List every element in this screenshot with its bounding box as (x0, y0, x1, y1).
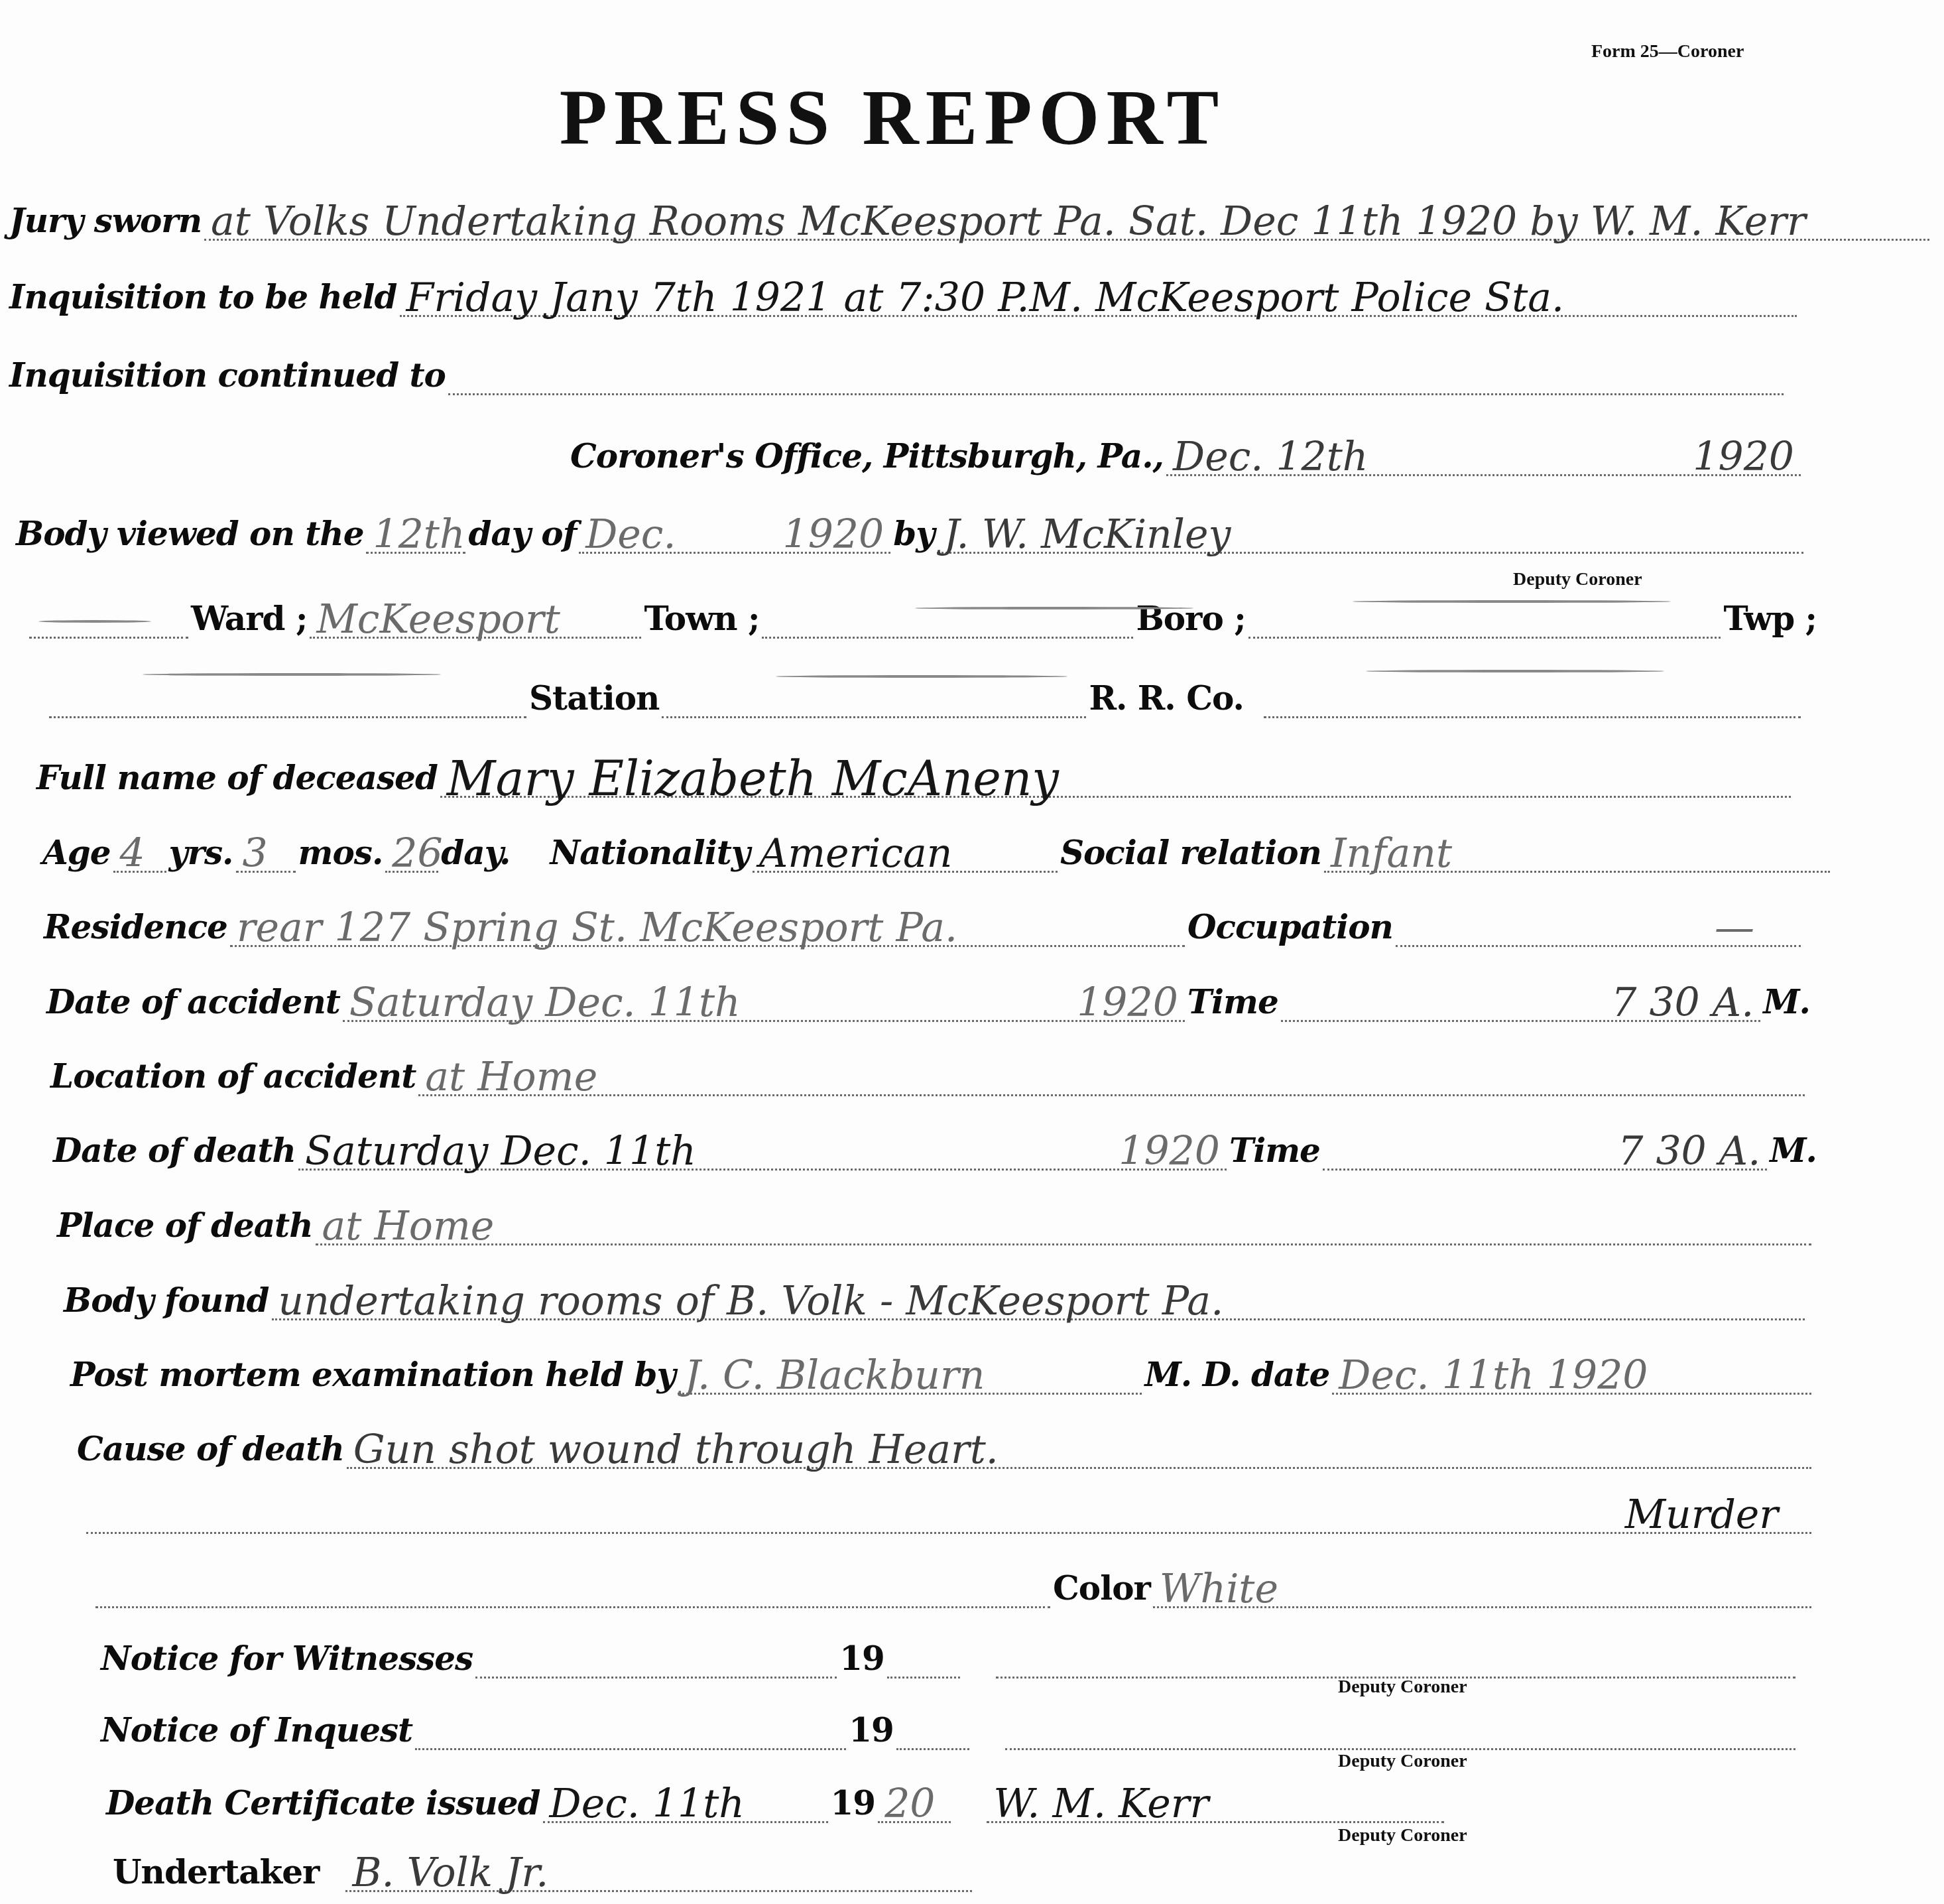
residence-label: Residence (44, 907, 227, 947)
body-found-value: undertaking rooms of B. Volk - McKeespor… (272, 1280, 1231, 1322)
date-of-accident-row: Date of accident Saturday Dec. 11th 1920… (46, 980, 1810, 1022)
day-of-label: day of (468, 514, 576, 554)
body-viewed-row: Body viewed on the 12th day of Dec. 1920… (16, 512, 1806, 554)
blank-dash (915, 607, 1193, 609)
place-of-death-row: Place of death at Home (57, 1204, 1814, 1245)
boro-label: Boro ; (1136, 599, 1245, 639)
notice-inquest-row: Notice of Inquest 19 (101, 1708, 1798, 1750)
inquisition-held-field[interactable]: Friday Jany 7th 1921 at 7:30 P.M. McKees… (400, 275, 1797, 317)
ward-value: McKeesport (310, 598, 566, 641)
post-mortem-date: Dec. 11th 1920 (1332, 1354, 1654, 1397)
notice-inquest-label: Notice of Inquest (101, 1710, 412, 1750)
ward-field[interactable]: McKeesport (310, 597, 641, 639)
color-label: Color (1053, 1568, 1150, 1608)
death-time-label: Time (1229, 1131, 1320, 1171)
coroner-office-label: Coroner's Office, Pittsburgh, Pa., (570, 436, 1164, 476)
body-found-row: Body found undertaking rooms of B. Volk … (64, 1279, 1807, 1320)
accident-time-field[interactable]: 7 30 A. (1281, 980, 1760, 1022)
cause-of-death-line2-row: Murder (84, 1492, 1814, 1534)
color-row: Color White (93, 1566, 1814, 1608)
death-certificate-signed-by: W. M. Kerr (987, 1783, 1215, 1825)
age-days-field[interactable]: 26 (385, 831, 438, 873)
location-of-accident-field[interactable]: at Home (418, 1054, 1805, 1096)
twp-label: Twp ; (1723, 599, 1817, 639)
jury-sworn-row: Jury sworn at Volks Undertaking Rooms Mc… (9, 199, 1932, 241)
date-of-accident-field[interactable]: Saturday Dec. 11th 1920 (343, 980, 1185, 1022)
yrs-label: yrs. (169, 833, 233, 873)
inquisition-held-row: Inquisition to be held Friday Jany 7th 1… (9, 275, 1799, 317)
death-certificate-label: Death Certificate issued (106, 1783, 540, 1823)
notice-witnesses-signature-field[interactable] (996, 1637, 1795, 1679)
residence-value: rear 127 Spring St. McKeesport Pa. (230, 907, 964, 949)
coroner-office-date: Dec. 12th (1166, 436, 1374, 478)
station-label: Station (529, 678, 659, 718)
page-title: PRESS REPORT (0, 73, 1864, 163)
body-found-label: Body found (64, 1281, 269, 1320)
press-report-form: Form 25—Coroner PRESS REPORT Jury sworn … (0, 0, 1944, 1904)
date-of-death-year: 1920 (1112, 1130, 1227, 1173)
location-of-accident-row: Location of accident at Home (50, 1054, 1807, 1096)
body-viewed-month-field[interactable]: Dec. 1920 (579, 512, 890, 554)
accident-time-label: Time (1187, 982, 1278, 1022)
death-certificate-signature-field[interactable]: W. M. Kerr (987, 1781, 1444, 1823)
rr-co-field[interactable] (1264, 676, 1801, 718)
notice-inquest-signature-field[interactable] (1005, 1708, 1795, 1750)
place-of-death-field[interactable]: at Home (316, 1204, 1811, 1245)
post-mortem-label: Post mortem examination held by (70, 1355, 675, 1395)
ward-prefix-field[interactable] (29, 597, 188, 639)
death-certificate-year-prefix: 19 (831, 1783, 876, 1823)
notice-inquest-year-prefix: 19 (849, 1710, 894, 1750)
death-certificate-row: Death Certificate issued Dec. 11th 19 20… (106, 1781, 1565, 1823)
full-name-field[interactable]: Mary Elizabeth McAneny (440, 756, 1791, 798)
body-viewed-year: 1920 (776, 513, 890, 556)
nationality-label: Nationality (550, 833, 749, 873)
body-found-field[interactable]: undertaking rooms of B. Volk - McKeespor… (272, 1279, 1805, 1320)
day-label: day. (441, 833, 510, 873)
post-mortem-row: Post mortem examination held by J. C. Bl… (70, 1353, 1814, 1395)
cause-of-death-value-line2: Murder (1618, 1493, 1785, 1536)
blank-dash (1366, 670, 1664, 672)
by-label: by (893, 514, 934, 554)
body-viewed-day-field[interactable]: 12th (366, 512, 465, 554)
coroner-office-year: 1920 (1686, 436, 1801, 478)
nationality-value: American (753, 832, 959, 875)
cause-of-death-field[interactable]: Gun shot wound through Heart. (347, 1427, 1811, 1469)
full-name-label: Full name of deceased (36, 758, 438, 798)
social-relation-field[interactable]: Infant (1324, 831, 1830, 873)
notice-witnesses-year-prefix: 19 (839, 1639, 884, 1679)
station-field[interactable] (662, 676, 1086, 718)
ward-label: Ward ; (191, 599, 307, 639)
md-date-label: M. D. date (1144, 1355, 1329, 1395)
residence-field[interactable]: rear 127 Spring St. McKeesport Pa. (230, 905, 1185, 947)
nationality-field[interactable]: American (753, 831, 1058, 873)
death-time-value: 7 30 A. (1611, 1130, 1767, 1173)
station-row: Station R. R. Co. (46, 676, 1803, 718)
location-of-accident-value: at Home (418, 1056, 604, 1098)
body-viewed-by-field[interactable]: J. W. McKinley (937, 512, 1803, 554)
notice-inquest-date-field[interactable] (415, 1708, 846, 1750)
age-months: 3 (236, 832, 274, 875)
coroner-office-date-field[interactable]: Dec. 12th 1920 (1166, 434, 1801, 476)
place-of-death-label: Place of death (57, 1206, 313, 1245)
occupation-label: Occupation (1187, 907, 1393, 947)
inquisition-continued-field[interactable] (448, 353, 1784, 395)
undertaker-label: Undertaker (113, 1852, 319, 1892)
notice-witnesses-label: Notice for Witnesses (101, 1639, 473, 1679)
place-of-death-value: at Home (316, 1205, 501, 1247)
color-field[interactable]: White (1153, 1566, 1811, 1608)
jury-sworn-label: Jury sworn (9, 201, 202, 241)
inquisition-continued-label: Inquisition continued to (9, 355, 446, 395)
inquisition-continued-row: Inquisition continued to (9, 353, 1786, 395)
date-of-accident-value: Saturday Dec. 11th (343, 982, 747, 1024)
post-mortem-date-field[interactable]: Dec. 11th 1920 (1332, 1353, 1811, 1395)
age-label: Age (42, 833, 111, 873)
notice-witnesses-year-field[interactable] (887, 1637, 960, 1679)
age-row: Age 4 yrs. 3 mos. 26 day. Nationality Am… (42, 831, 1833, 873)
cause-of-death-line2-field[interactable]: Murder (86, 1492, 1811, 1534)
rr-co-label: R. R. Co. (1089, 678, 1243, 718)
social-relation-label: Social relation (1060, 833, 1321, 873)
blank-dash (1353, 600, 1671, 603)
date-of-death-row: Date of death Saturday Dec. 11th 1920 Ti… (53, 1129, 1817, 1171)
color-prefix-field[interactable] (95, 1566, 1050, 1608)
full-name-value: Mary Elizabeth McAneny (440, 757, 1065, 800)
occupation-field[interactable]: — (1396, 905, 1801, 947)
deputy-coroner-label: Deputy Coroner (1513, 569, 1642, 590)
undertaker-row: Undertaker B. Volk Jr. (113, 1850, 975, 1892)
date-of-death-value: Saturday Dec. 11th (298, 1130, 703, 1173)
post-mortem-by: J. C. Blackburn (678, 1354, 991, 1397)
residence-row: Residence rear 127 Spring St. McKeesport… (44, 905, 1803, 947)
notice-witnesses-row: Notice for Witnesses 19 (101, 1637, 1798, 1679)
post-mortem-by-field[interactable]: J. C. Blackburn (678, 1353, 1142, 1395)
age-months-field[interactable]: 3 (236, 831, 296, 873)
age-years: 4 (113, 832, 152, 875)
accident-time-value: 7 30 A. (1605, 982, 1760, 1024)
notice-witnesses-date-field[interactable] (475, 1637, 837, 1679)
location-of-accident-label: Location of accident (50, 1056, 416, 1096)
death-certificate-date: Dec. 11th (543, 1783, 751, 1825)
boro-field[interactable] (1248, 597, 1721, 639)
date-of-death-field[interactable]: Saturday Dec. 11th 1920 (298, 1129, 1227, 1171)
coroner-office-row: Coroner's Office, Pittsburgh, Pa., Dec. … (570, 434, 1803, 476)
cause-of-death-row: Cause of death Gun shot wound through He… (77, 1427, 1814, 1469)
death-m-label: M. (1770, 1131, 1817, 1171)
date-of-accident-year: 1920 (1070, 982, 1185, 1024)
body-viewed-by: J. W. McKinley (937, 513, 1237, 556)
occupation-value: — (1708, 907, 1761, 949)
ward-row: Ward ; McKeesport Town ; Boro ; Twp ; (27, 597, 1817, 639)
body-viewed-month: Dec. (579, 513, 682, 556)
cause-of-death-label: Cause of death (77, 1429, 344, 1469)
deputy-coroner-label: Deputy Coroner (1338, 1677, 1467, 1698)
mos-label: mos. (298, 833, 383, 873)
full-name-row: Full name of deceased Mary Elizabeth McA… (36, 756, 1793, 798)
inquisition-held-value: Friday Jany 7th 1921 at 7:30 P.M. McKees… (400, 277, 1571, 319)
deputy-coroner-label: Deputy Coroner (1338, 1751, 1467, 1772)
social-relation-value: Infant (1324, 832, 1459, 875)
deputy-coroner-label: Deputy Coroner (1338, 1825, 1467, 1846)
date-of-accident-label: Date of accident (46, 982, 340, 1022)
color-value: White (1153, 1568, 1285, 1610)
date-of-death-label: Date of death (53, 1131, 296, 1171)
blank-dash (143, 673, 441, 676)
inquisition-held-label: Inquisition to be held (9, 277, 397, 317)
notice-inquest-year-field[interactable] (896, 1708, 969, 1750)
station-prefix-field[interactable] (49, 676, 526, 718)
undertaker-field[interactable]: B. Volk Jr. (345, 1850, 972, 1892)
town-label: Town ; (644, 599, 759, 639)
age-years-field[interactable]: 4 (113, 831, 166, 873)
jury-sworn-value: at Volks Undertaking Rooms McKeesport Pa… (204, 200, 1813, 243)
age-days: 26 (385, 832, 449, 875)
accident-m-label: M. (1763, 982, 1810, 1022)
death-certificate-year-suffix: 20 (878, 1783, 942, 1825)
form-number: Form 25—Coroner (1591, 41, 1744, 62)
town-field[interactable] (762, 597, 1133, 639)
body-viewed-day: 12th (366, 513, 471, 556)
jury-sworn-field[interactable]: at Volks Undertaking Rooms McKeesport Pa… (204, 199, 1929, 241)
body-viewed-label: Body viewed on the (16, 514, 363, 554)
undertaker-value: B. Volk Jr. (345, 1852, 555, 1894)
death-certificate-year-field[interactable]: 20 (878, 1781, 951, 1823)
cause-of-death-value: Gun shot wound through Heart. (347, 1428, 1005, 1471)
death-time-field[interactable]: 7 30 A. (1323, 1129, 1767, 1171)
death-certificate-date-field[interactable]: Dec. 11th (543, 1781, 828, 1823)
